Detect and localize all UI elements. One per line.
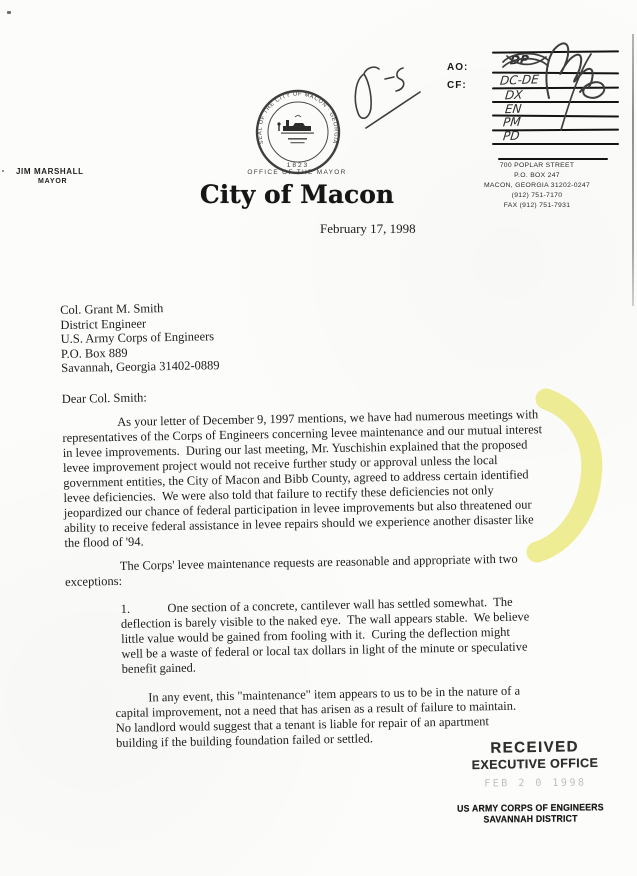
corps-stamp-line2: SAVANNAH DISTRICT xyxy=(445,813,615,826)
received-stamp-line2: EXECUTIVE OFFICE xyxy=(440,755,630,772)
address-line: (912) 751-7170 xyxy=(447,191,627,201)
routing-entry-pm: PM xyxy=(502,115,521,130)
routing-ao-label: AO: xyxy=(447,62,468,73)
seal-locomotive-illustration xyxy=(277,116,314,144)
scan-speck xyxy=(7,11,11,14)
routing-line xyxy=(498,158,608,160)
address-line: P.O. BOX 247 xyxy=(447,171,627,181)
routing-entry-dp: DP xyxy=(509,53,529,68)
routing-entry-pd: PD xyxy=(502,129,520,144)
seal-outer-ring xyxy=(257,91,339,173)
paragraph-2: The Corps' levee maintenance requests ar… xyxy=(65,550,595,590)
mayor-name: JIM MARSHALL xyxy=(16,167,126,176)
scan-speck xyxy=(2,170,4,172)
received-stamp: RECEIVED EXECUTIVE OFFICE FEB 2 0 1998 xyxy=(440,737,631,790)
svg-text:SEAL OF THE CITY OF MACON · GE: SEAL OF THE CITY OF MACON · GEORGIA xyxy=(257,91,338,144)
city-of-macon-wordmark: City of Macon xyxy=(177,180,417,209)
seal-year: 1823 xyxy=(287,162,309,169)
received-stamp-date: FEB 2 0 1998 xyxy=(440,777,630,790)
handwritten-annotation-mark xyxy=(355,67,420,128)
routing-entry-dc-de: DC-DE xyxy=(499,72,539,87)
letterhead-address-block: 700 POPLAR STREET P.O. BOX 247 MACON, GE… xyxy=(447,161,627,211)
scan-edge-artifact xyxy=(632,34,634,306)
mayor-title: MAYOR xyxy=(38,178,126,185)
routing-diagonal-stroke xyxy=(561,54,591,130)
letter-date: February 17, 1998 xyxy=(320,221,416,237)
seal-rim-text: SEAL OF THE CITY OF MACON · GEORGIA xyxy=(257,91,338,144)
corps-of-engineers-stamp: US ARMY CORPS OF ENGINEERS SAVANNAH DIST… xyxy=(445,802,615,826)
address-line: 700 POPLAR STREET xyxy=(447,161,627,171)
letter-body: Col. Grant M. Smith District Engineer U.… xyxy=(60,293,598,751)
mayor-name-block: JIM MARSHALL MAYOR xyxy=(16,167,126,185)
city-seal: SEAL OF THE CITY OF MACON · GEORGIA 1823 xyxy=(253,87,343,177)
routing-cf-label: CF: xyxy=(447,80,467,91)
routing-line xyxy=(492,143,619,145)
seal-inner-ring xyxy=(268,102,328,162)
scanned-letter-page: SEAL OF THE CITY OF MACON · GEORGIA 1823… xyxy=(0,0,637,876)
handwritten-ink-overlay xyxy=(0,0,637,300)
received-stamp-line1: RECEIVED xyxy=(440,737,630,757)
salutation: Dear Col. Smith: xyxy=(62,382,592,407)
paragraph-1: As your letter of December 9, 1997 menti… xyxy=(62,406,594,551)
corps-stamp-line1: US ARMY CORPS OF ENGINEERS xyxy=(445,802,615,815)
address-line: FAX (912) 751-7931 xyxy=(447,201,627,211)
routing-entry-dx: DX xyxy=(504,88,523,103)
address-line: MACON, GEORGIA 31202-0247 xyxy=(447,181,627,191)
numbered-item-1: 1. One section of a concrete, cantilever… xyxy=(120,593,596,677)
office-of-the-mayor-label: OFFICE OF THE MAYOR xyxy=(177,169,417,176)
